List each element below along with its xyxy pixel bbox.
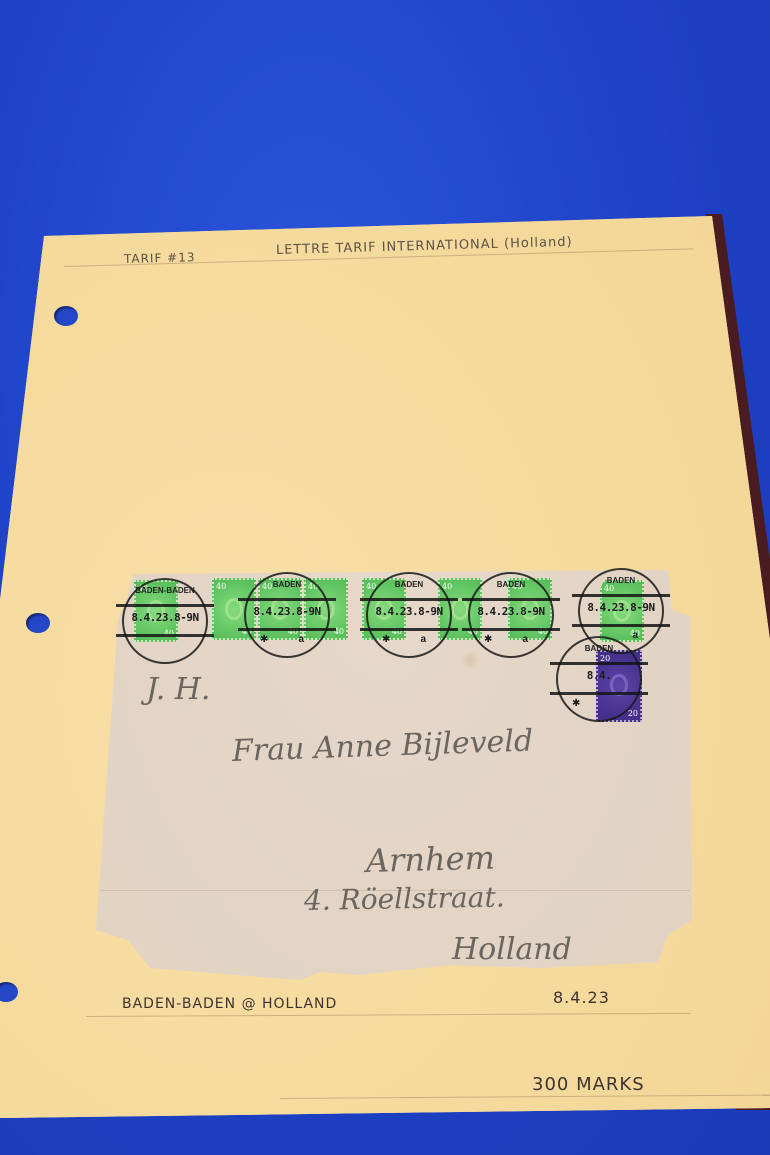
postmark-date: 8.4.23.8-9N [470,605,552,618]
postmark-town: BADEN-BADEN [124,586,206,595]
stamp-value: 40 [216,582,226,591]
star-icon: ✱ [572,698,580,709]
postmark-date: 8.4.23.8-9N [246,605,328,618]
postmark-bar [238,628,336,631]
postmark-bar [116,604,214,607]
postmark-6: BADEN 8.4. ✱ [556,636,642,722]
postmark-town: BADEN [246,580,328,589]
postmark-bar [572,594,670,597]
postmark-date: 8.4.23.8-9N [368,605,450,618]
route-label: BADEN-BADEN @ HOLLAND [122,996,337,1012]
postmark-bar [550,692,648,695]
postmark-code: a [420,634,426,645]
postmark-date: 8.4. [558,669,640,682]
posthorn-icon [451,598,469,620]
punch-hole-middle [26,613,50,633]
address-city: Arnhem [366,839,496,880]
stamp-value: 20 [628,709,638,718]
postmark-bar [238,598,336,601]
postmark-date: 8.4.23.8-9N [580,601,662,614]
punch-hole-top [54,306,78,326]
postmark-bar [360,628,458,631]
postmark-bar [572,624,670,627]
address-street: 4. Röellstraat. [304,881,505,917]
posthorn-icon [225,598,243,620]
postmark-bar [360,598,458,601]
photo-scene: TARIF #13 LETTRE TARIF INTERNATIONAL (Ho… [0,0,770,1155]
postmark-4: BADEN 8.4.23.8-9N ✱ a [468,572,554,658]
postmark-date: 8.4.23.8-9N [124,611,206,624]
postmark-3: BADEN 8.4.23.8-9N ✱ a [366,572,452,658]
star-icon: ✱ [260,634,268,645]
postmark-code: a [298,634,304,645]
postmark-1: BADEN-BADEN 8.4.23.8-9N [122,578,208,664]
tarif-number: TARIF #13 [124,250,196,266]
postmark-bar [462,598,560,601]
postmark-town: BADEN [580,576,662,585]
postmark-code: a [522,634,528,645]
postmark-2: BADEN 8.4.23.8-9N ✱ a [244,572,330,658]
postmark-town: BADEN [470,580,552,589]
cover-date: 8.4.23 [553,988,610,1007]
postmark-bar [550,662,648,665]
postage-rate: 300 MARKS [532,1074,645,1095]
postmark-town: BADEN [368,580,450,589]
postmark-bar [116,634,214,637]
address-initials: J. H. [146,672,210,707]
star-icon: ✱ [382,634,390,645]
address-country: Holland [452,932,572,967]
postmark-code: a [632,630,638,641]
postmark-bar [462,628,560,631]
postmark-town: BADEN [558,644,640,653]
star-icon: ✱ [484,634,492,645]
